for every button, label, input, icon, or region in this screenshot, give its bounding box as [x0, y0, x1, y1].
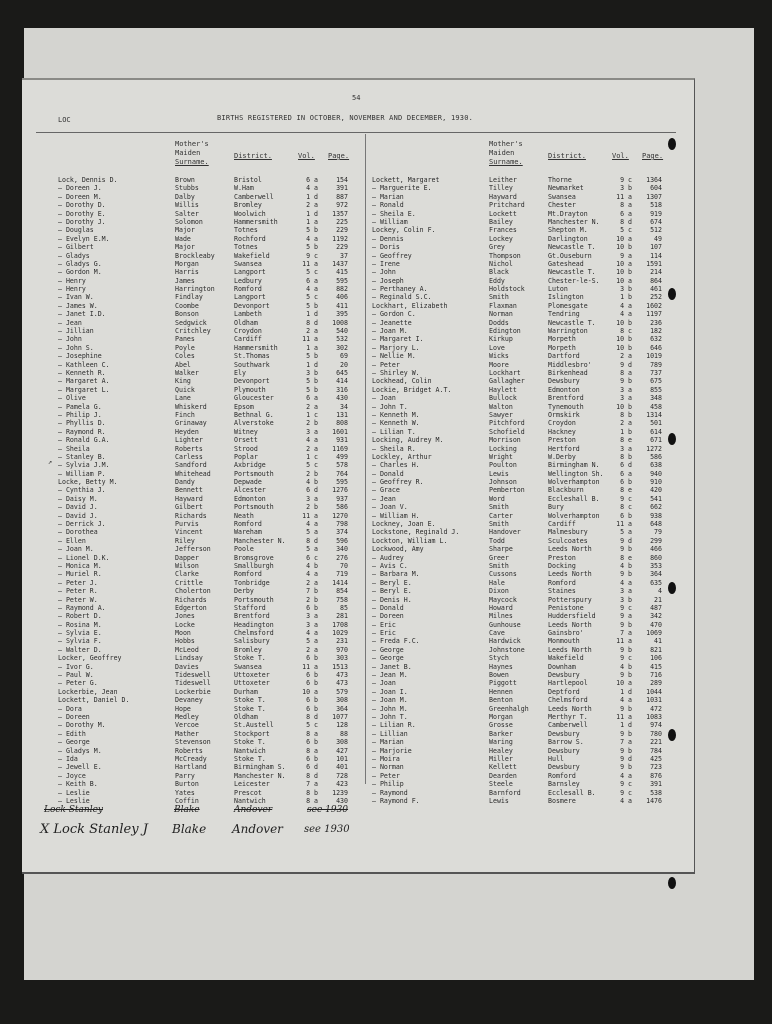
page-ref: 461 [634, 285, 662, 293]
register-entry: — GeorgeStychWakefield9 c106 [372, 654, 692, 662]
page-ref: 342 [634, 612, 662, 620]
volume: 8 a [612, 201, 632, 209]
volume: 9 d [612, 361, 632, 369]
mother-maiden-surname: Holdstock [489, 285, 525, 293]
register-entry: — Dorothy E.SalterWoolwich1 d1357 [58, 210, 378, 218]
district: Wakefield [234, 252, 270, 260]
district: Edmonton [234, 495, 266, 503]
volume: 6 d [612, 461, 632, 469]
volume: 9 b [612, 747, 632, 755]
district: Sculcoates [548, 537, 588, 545]
page-ref: 938 [634, 512, 662, 520]
mother-maiden-surname: Major [175, 226, 195, 234]
page-ref: 808 [320, 419, 348, 427]
mother-maiden-surname: Bonson [175, 310, 199, 318]
volume: 9 d [612, 755, 632, 763]
register-entry: — Kathleen C.AbelSouthwark1 d20 [58, 361, 378, 369]
volume: 6 a [612, 210, 632, 218]
register-entry: — HenryJamesLedbury6 a595 [58, 277, 378, 285]
register-entry: — Margaret L.QuickPlymouth5 b316 [58, 386, 378, 394]
mother-maiden-surname: Leither [489, 176, 517, 184]
page-ref: 20 [320, 361, 348, 369]
child-name: — Sheila E. [372, 210, 416, 218]
mother-maiden-surname: Major [175, 243, 195, 251]
page-ref: 34 [320, 403, 348, 411]
district: Dartford [548, 352, 580, 360]
district: Oldham [234, 713, 258, 721]
mother-maiden-surname: Pritchard [489, 201, 525, 209]
page-ref: 1008 [320, 319, 348, 327]
district: Blackburn [548, 486, 584, 494]
volume: 9 c [298, 252, 318, 260]
page-ref: 887 [320, 193, 348, 201]
district: Staines [548, 587, 576, 595]
district: Tynemouth [548, 403, 584, 411]
volume: 3 b [612, 285, 632, 293]
district: Leicester [234, 780, 270, 788]
volume: 8 c [612, 327, 632, 335]
register-entry: Lockney, Joan E.SmithCardiff11 a648 [372, 520, 692, 528]
register-entry: — Barbara M.CussonsLeeds North9 b364 [372, 570, 692, 578]
register-entry: — Beryl E.HaleRomford4 a635 [372, 579, 692, 587]
register-entry: Lockerbie, JeanLockerbieDurham10 a579 [58, 688, 378, 696]
register-entry: — Peter W.RichardsPortsmouth2 b758 [58, 596, 378, 604]
child-name: — Raymond [372, 789, 408, 797]
page-ref: 1513 [320, 663, 348, 671]
mother-maiden-surname: Jones [175, 612, 195, 620]
volume: 5 a [298, 528, 318, 536]
register-entry: — DorotheaVincentWareham5 a374 [58, 528, 378, 536]
volume: 5 c [298, 268, 318, 276]
header-page: Page. [642, 152, 663, 160]
volume: 8 c [612, 503, 632, 511]
register-entry: — Raymond R.HeydenWitney3 a1601 [58, 428, 378, 436]
register-entry: — Gladys G.MorganSwansea11 a1437 [58, 260, 378, 268]
mother-maiden-surname: Cholerton [175, 587, 211, 595]
page-ref: 281 [320, 612, 348, 620]
mother-maiden-surname: Black [489, 268, 509, 276]
page-ref: 229 [320, 243, 348, 251]
page-ref: 425 [634, 755, 662, 763]
volume: 4 b [612, 562, 632, 570]
mother-maiden-surname: Morrison [489, 436, 521, 444]
child-name: — Jewell E. [58, 763, 102, 771]
page-ref: 716 [634, 671, 662, 679]
child-name: — Beryl E. [372, 579, 412, 587]
mother-maiden-surname: Love [489, 344, 505, 352]
page-ref: 69 [320, 352, 348, 360]
mother-maiden-surname: Davies [175, 663, 199, 671]
page-ref: 466 [634, 545, 662, 553]
mother-maiden-surname: Hale [489, 579, 505, 587]
register-entry: — JohnBlackNewcastle T.10 b214 [372, 268, 692, 276]
district: Plymouth [234, 386, 266, 394]
district: Swansea [548, 193, 576, 201]
volume: 4 a [298, 520, 318, 528]
child-name: — William H. [372, 512, 420, 520]
district: Morpeth [548, 335, 576, 343]
page-number: 54 [352, 94, 360, 102]
district: Alcester [234, 486, 266, 494]
volume: 6 a [298, 176, 318, 184]
district: Uttoxeter [234, 679, 270, 687]
mother-maiden-surname: Waring [489, 738, 513, 746]
district: Bosmere [548, 797, 576, 805]
district: Ormskirk [548, 411, 580, 419]
mother-maiden-surname: Smith [489, 520, 509, 528]
register-entry: — Sylvia E.MoonChelmsford4 a1029 [58, 629, 378, 637]
register-entry: — Dorothy D.WillisBromley2 a972 [58, 201, 378, 209]
page-ref: 114 [634, 252, 662, 260]
district: Birmingham N. [548, 461, 600, 469]
volume: 11 a [298, 260, 318, 268]
register-entry: — MarianHaywardSwansea11 a1307 [372, 193, 692, 201]
volume: 8 e [612, 554, 632, 562]
district: Morpeth [548, 344, 576, 352]
register-entry: — Kenneth W.PitchfordCroydon2 a501 [372, 419, 692, 427]
volume: 11 a [612, 193, 632, 201]
district: Langport [234, 293, 266, 301]
volume: 4 a [612, 302, 632, 310]
volume: 2 a [298, 403, 318, 411]
district: Thorne [548, 176, 572, 184]
register-entry: Locking, Audrey M.MorrisonPreston8 e671 [372, 436, 692, 444]
mother-maiden-surname: Lane [175, 394, 191, 402]
child-name: Locke, Betty M. [58, 478, 118, 486]
district: Deptford [548, 688, 580, 696]
volume: 9 a [612, 252, 632, 260]
volume: 5 a [298, 545, 318, 553]
page-ref: 70 [320, 562, 348, 570]
volume: 10 b [612, 243, 632, 251]
volume: 3 b [612, 596, 632, 604]
page-ref: 1019 [634, 352, 662, 360]
mother-maiden-surname: Edington [489, 327, 521, 335]
child-name: — Dorothy J. [58, 218, 106, 226]
register-entry: — JeanSedgwickOldham8 d1008 [58, 319, 378, 327]
mother-maiden-surname: Crittle [175, 579, 203, 587]
child-name: — David J. [58, 503, 98, 511]
mother-maiden-surname: Whiskerd [175, 403, 207, 411]
register-entry: — EllenRileyManchester N.8 d596 [58, 537, 378, 545]
mother-maiden-surname: Sedgwick [175, 319, 207, 327]
page-ref: 1272 [634, 445, 662, 453]
mother-maiden-surname: Lockhart [489, 369, 521, 377]
child-name: — Sheila R. [372, 445, 416, 453]
mother-maiden-surname: Howard [489, 604, 513, 612]
mother-maiden-surname: Edgerton [175, 604, 207, 612]
register-entry: — Stanley B.CarlessPoplar1 c499 [58, 453, 378, 461]
mother-maiden-surname: Hennen [489, 688, 513, 696]
page-ref: 910 [634, 478, 662, 486]
mother-maiden-surname: Jefferson [175, 545, 211, 553]
register-entry: — DouglasMajorTotnes5 b229 [58, 226, 378, 234]
district: Bromsgrove [234, 554, 274, 562]
district: Derby [234, 587, 254, 595]
page-ref: 473 [320, 671, 348, 679]
volume: 2 a [298, 327, 318, 335]
district: Stockport [234, 730, 270, 738]
volume: 6 d [298, 486, 318, 494]
page-ref: 789 [634, 361, 662, 369]
page-ref: 128 [320, 721, 348, 729]
register-entry: — Doreen M.DalbyCamberwell1 d887 [58, 193, 378, 201]
mother-maiden-surname: Harris [175, 268, 199, 276]
district: Gloucester [234, 394, 274, 402]
district: Cardiff [548, 520, 576, 528]
mother-maiden-surname: Roberts [175, 747, 203, 755]
mother-maiden-surname: Morgan [489, 713, 513, 721]
page-ref: 937 [320, 495, 348, 503]
volume: 2 b [298, 470, 318, 478]
volume: 9 b [612, 705, 632, 713]
register-entry: — HenryHarringtonRomford4 a882 [58, 285, 378, 293]
district: Swansea [234, 663, 262, 671]
mother-maiden-surname: Bailey [489, 218, 513, 226]
mother-maiden-surname: Vincent [175, 528, 203, 536]
register-entry: — JoanPiggottHartlepool10 a289 [372, 679, 692, 687]
page-ref: 638 [634, 461, 662, 469]
mother-maiden-surname: Willis [175, 201, 199, 209]
volume: 9 c [612, 780, 632, 788]
district: Brentford [548, 394, 584, 402]
child-name: — Joyce [58, 772, 86, 780]
child-name: — Gordon M. [58, 268, 102, 276]
child-name: — Geoffrey R. [372, 478, 424, 486]
register-entry: — DoreenMedleyOldham8 d1077 [58, 713, 378, 721]
district: Uttoxeter [234, 671, 270, 679]
district: Dewsbury [548, 747, 580, 755]
volume: 1 c [298, 453, 318, 461]
child-name: — Margaret I. [372, 335, 424, 343]
district: Preston [548, 554, 576, 562]
page-ref: 37 [320, 252, 348, 260]
mother-maiden-surname: Smith [489, 293, 509, 301]
page-ref: 348 [634, 394, 662, 402]
header-mother-maiden-surname: Mother'sMaidenSurname. [175, 140, 209, 167]
mother-maiden-surname: Kellett [489, 763, 517, 771]
register-entry: — William P.WhiteheadPortsmouth2 b764 [58, 470, 378, 478]
child-name: — Lillian [372, 730, 408, 738]
district: Stoke T. [234, 755, 266, 763]
district: Hammersmith [234, 344, 278, 352]
register-entry: — Beryl E.DixonStaines3 a4 [372, 587, 692, 595]
register-entry: — Peter J.CrittleTonbridge2 a1414 [58, 579, 378, 587]
register-entry: — Raymond F.LewisBosmere4 a1476 [372, 797, 692, 805]
district: Gainsbro' [548, 629, 584, 637]
register-entry: Lockett, Daniel D.DevaneyStoke T.6 b308 [58, 696, 378, 704]
district: Prescot [234, 789, 262, 797]
register-entry: — Gladys M.RobertsNantwich8 a427 [58, 747, 378, 755]
mother-maiden-surname: Hayward [175, 495, 203, 503]
volume: 6 a [298, 277, 318, 285]
page-ref: 41 [634, 637, 662, 645]
child-name: — Edith [58, 730, 86, 738]
child-name: — Pamela G. [58, 403, 102, 411]
volume: 4 a [612, 579, 632, 587]
child-name: Lockie, Bridget A.T. [372, 386, 451, 394]
register-entry: Lockey, Colin F.FrancesShepton M.5 c512 [372, 226, 692, 234]
district: Birmingham S. [234, 763, 286, 771]
volume: 5 b [298, 352, 318, 360]
page-ref: 645 [320, 369, 348, 377]
volume: 10 b [612, 268, 632, 276]
punch-hole [668, 138, 676, 150]
register-entry: Lockley, ArthurWrightW.Derby8 b586 [372, 453, 692, 461]
page-ref: 401 [320, 763, 348, 771]
page-ref: 101 [320, 755, 348, 763]
mother-maiden-surname: McCready [175, 755, 207, 763]
page-ref: 470 [634, 621, 662, 629]
handwritten-district: Andover [232, 822, 283, 836]
district: Chester-le-S. [548, 277, 600, 285]
mother-maiden-surname: Lockerbie [175, 688, 211, 696]
volume: 1 b [612, 428, 632, 436]
page-ref: 860 [634, 554, 662, 562]
register-entry: — Joan V.SmithBury8 c662 [372, 503, 692, 511]
register-entry: — IdaMcCreadyStoke T.6 b101 [58, 755, 378, 763]
register-entry: — Joan M.JeffersonPoole5 a340 [58, 545, 378, 553]
volume: 6 a [612, 470, 632, 478]
mother-maiden-surname: Kirkup [489, 335, 513, 343]
volume: 10 a [612, 235, 632, 243]
child-name: — Geoffrey [372, 252, 412, 260]
mother-maiden-surname: McLeod [175, 646, 199, 654]
child-name: — Janet I.D. [58, 310, 106, 318]
header-district: District. [234, 152, 272, 160]
child-name: — Peter W. [58, 596, 98, 604]
register-entry: — JoyceParryManchester N.8 d728 [58, 772, 378, 780]
mother-maiden-surname: Lewis [489, 797, 509, 805]
register-entry: — JosephineColesSt.Thomas5 b69 [58, 352, 378, 360]
volume: 6 b [612, 478, 632, 486]
mother-maiden-surname: Cave [489, 629, 505, 637]
page-ref: 1364 [634, 176, 662, 184]
district: Dewsbury [548, 730, 580, 738]
volume: 4 b [298, 478, 318, 486]
child-name: — Moira [372, 755, 400, 763]
page-ref: 632 [634, 335, 662, 343]
page-ref: 596 [320, 537, 348, 545]
register-entry: — James W.CoombeDevonport5 b411 [58, 302, 378, 310]
page-ref: 340 [320, 545, 348, 553]
district: Devonport [234, 377, 270, 385]
district: Stafford [234, 604, 266, 612]
volume: 4 a [298, 285, 318, 293]
register-entry: — Margaret I.KirkupMorpeth10 b632 [372, 335, 692, 343]
child-name: — Perthaney A. [372, 285, 428, 293]
register-entry: — Ivor G.DaviesSwansea11 a1513 [58, 663, 378, 671]
page-ref: 415 [320, 268, 348, 276]
mother-maiden-surname: Milnes [489, 612, 513, 620]
volume: 1 a [298, 344, 318, 352]
register-entry: Lockhart, ElizabethFlaxmanPlomesgate4 a1… [372, 302, 692, 310]
mother-maiden-surname: Gilbert [175, 503, 203, 511]
volume: 11 a [612, 637, 632, 645]
register-entry: — JoanBullockBrentford3 a348 [372, 394, 692, 402]
child-name: — George [372, 646, 404, 654]
child-name: — Sylvia F. [58, 637, 102, 645]
child-name: — Ronald G.A. [58, 436, 110, 444]
volume: 4 a [612, 772, 632, 780]
district: Cardiff [234, 335, 262, 343]
volume: 3 b [298, 369, 318, 377]
district: Depwade [234, 478, 262, 486]
district: Stoke T. [234, 654, 266, 662]
district: Penistone [548, 604, 584, 612]
volume: 3 a [298, 495, 318, 503]
volume: 1 d [298, 361, 318, 369]
mother-maiden-surname: Dalby [175, 193, 195, 201]
district: Bristol [234, 176, 262, 184]
volume: 6 b [298, 755, 318, 763]
district: Edmonton [548, 386, 580, 394]
page-ref: 182 [634, 327, 662, 335]
district: Manchester N. [548, 218, 600, 226]
mother-maiden-surname: Locking [489, 445, 517, 453]
page-ref: 876 [634, 772, 662, 780]
child-name: — Leslie [58, 789, 90, 797]
mother-maiden-surname: Tideswell [175, 679, 211, 687]
page-ref: 1031 [634, 696, 662, 704]
child-name: — Beryl E. [372, 587, 412, 595]
page-ref: 1708 [320, 621, 348, 629]
register-entry: — Sheila R.LockingHertford3 a1272 [372, 445, 692, 453]
district: Wakefield [548, 654, 584, 662]
page-ref: 919 [634, 210, 662, 218]
mother-maiden-surname: Smith [489, 503, 509, 511]
volume: 9 c [612, 176, 632, 184]
register-entry: — DoreenMilnesHuddersfield9 a342 [372, 612, 692, 620]
district: Portsmouth [234, 470, 274, 478]
register-entry: — MarianWaringBarrow S.7 a221 [372, 738, 692, 746]
child-name: — George [372, 654, 404, 662]
child-name: — Stanley B. [58, 453, 106, 461]
child-name: — Dorothea [58, 528, 98, 536]
mother-maiden-surname: Solomon [175, 218, 203, 226]
volume: 11 a [612, 713, 632, 721]
page-ref: 299 [634, 537, 662, 545]
mother-maiden-surname: Burton [175, 780, 199, 788]
mother-maiden-surname: Hardwick [489, 637, 521, 645]
register-entry: — Pamela G.WhiskerdEpsom2 a34 [58, 403, 378, 411]
district: Dewsbury [548, 763, 580, 771]
volume: 1 d [298, 193, 318, 201]
mother-maiden-surname: Devaney [175, 696, 203, 704]
register-entry: — JosephEddyChester-le-S.10 a864 [372, 277, 692, 285]
volume: 2 a [298, 579, 318, 587]
page-ref: 595 [320, 277, 348, 285]
register-entry: — Shirley W.LockhartBirkenhead8 a737 [372, 369, 692, 377]
child-name: Locker, Geoffrey [58, 654, 122, 662]
district: Bromley [234, 646, 262, 654]
child-name: — Marian [372, 193, 404, 201]
register-entry: — PeterMooreMiddlesbro'9 d789 [372, 361, 692, 369]
child-name: — John S. [58, 344, 94, 352]
volume: 6 b [612, 512, 632, 520]
page-ref: 728 [320, 772, 348, 780]
volume: 2 a [298, 646, 318, 654]
child-name: — Peter R. [58, 587, 98, 595]
page-ref: 541 [634, 495, 662, 503]
volume: 6 b [298, 705, 318, 713]
register-entry: — Jewell E.HartlandBirmingham S.6 d401 [58, 763, 378, 771]
district: Brentford [234, 612, 270, 620]
page-ref: 21 [634, 596, 662, 604]
child-name: — Peter [372, 361, 400, 369]
child-name: — Gladys G. [58, 260, 102, 268]
volume: 9 b [612, 671, 632, 679]
